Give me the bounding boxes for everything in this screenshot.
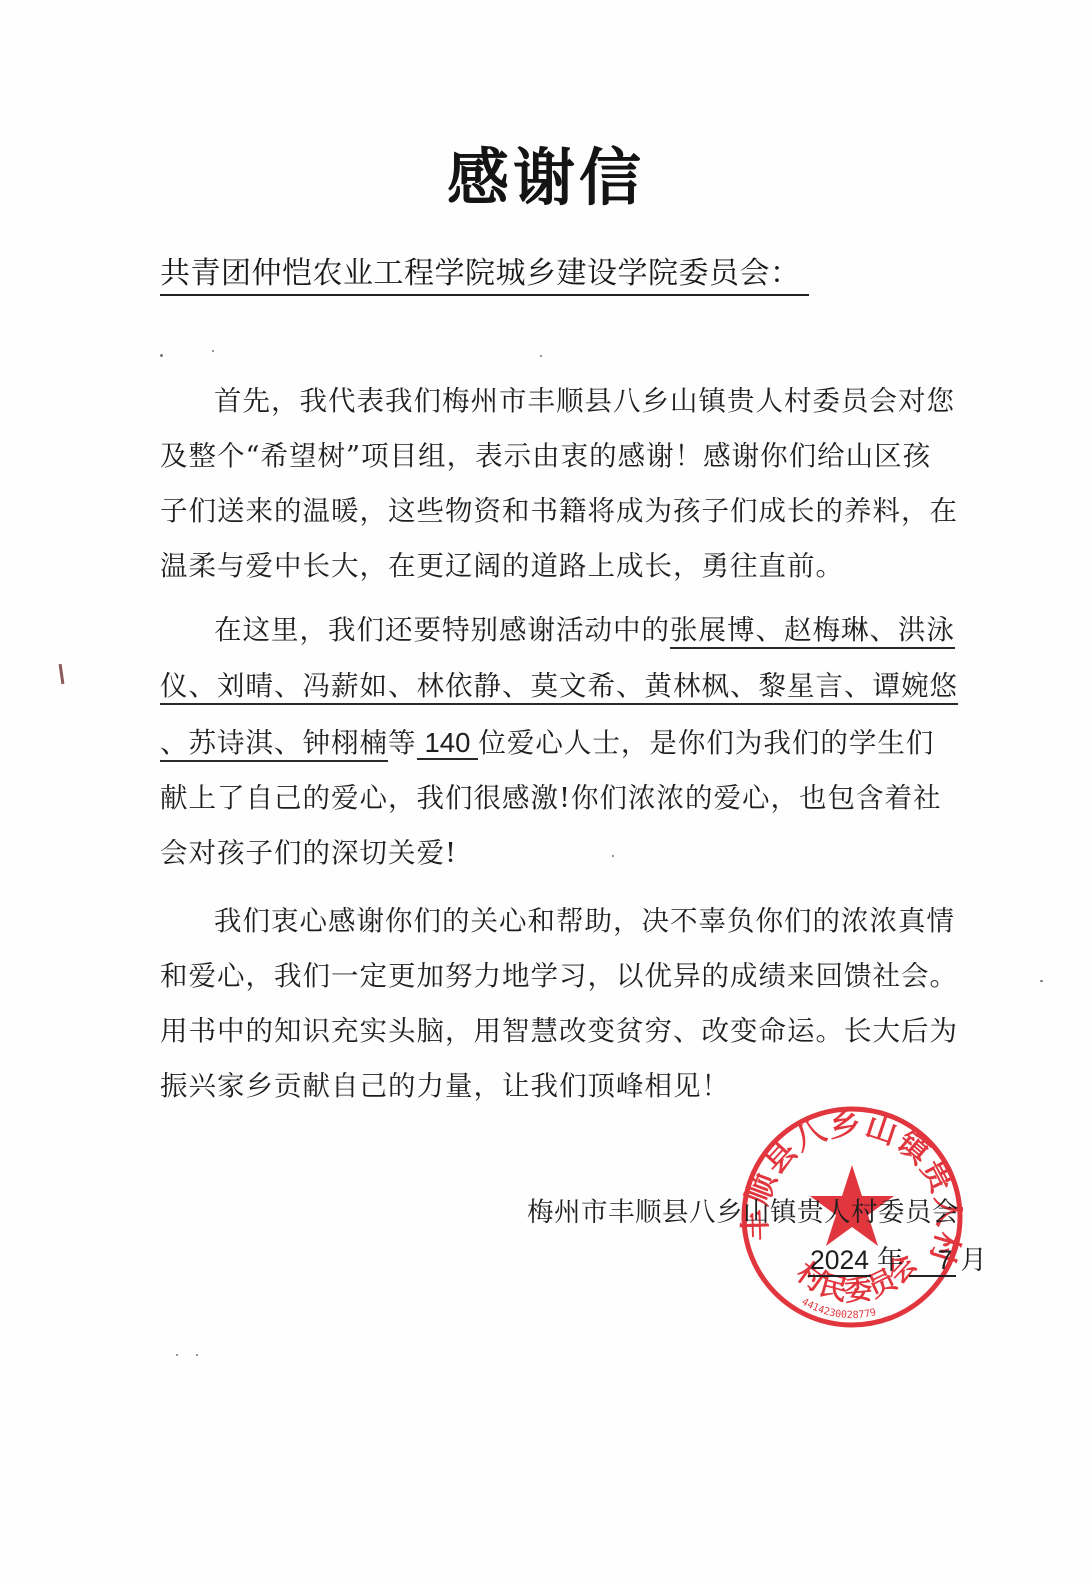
volunteer-names-part-3: 、苏诗淇、钟栩楠 (160, 727, 388, 762)
paragraph-2-line-3: 、苏诗淇、钟栩楠等140位爱心人士，是你们为我们的学生们 (160, 720, 934, 760)
volunteer-names-part-1: 张展博、赵梅琳、洪泳 (670, 614, 955, 649)
date-year: 2024 (808, 1245, 871, 1277)
scan-speck (196, 1354, 198, 1356)
date-year-label: 年 (871, 1245, 910, 1276)
scan-speck (540, 355, 542, 357)
paragraph-2-line-5: 会对孩子们的深切关爱! (160, 830, 457, 870)
paragraph-1-line-4: 温柔与爱中长大，在更辽阔的道路上成长，勇往直前。 (160, 543, 844, 583)
date-month-label: 月 (956, 1245, 987, 1276)
paragraph-3-line-2: 和爱心，我们一定更加努力地学习，以优异的成绩来回馈社会。 (160, 953, 958, 993)
paragraph-2-suffix: 位爱心人士，是你们为我们的学生们 (478, 727, 934, 759)
volunteer-names-part-2: 仪、刘晴、冯薪如、林依静、莫文希、黄林枫、黎星言、谭婉悠 (160, 670, 958, 705)
paragraph-2-line-1: 在这里，我们还要特别感谢活动中的张展博、赵梅琳、洪泳 (214, 607, 955, 647)
scan-speck (160, 354, 163, 357)
volunteer-count: 140 (417, 727, 479, 760)
paragraph-1-line-3: 子们送来的温暖，这些物资和书籍将成为孩子们成长的养料，在 (160, 488, 958, 528)
document-title: 感谢信 (0, 128, 1092, 217)
letter-page: 感谢信 共青团仲恺农业工程学院城乡建设学院委员会： 首先，我代表我们梅州市丰顺县… (0, 0, 1092, 1578)
scan-speck (176, 1354, 178, 1356)
paragraph-2-line-2: 仪、刘晴、冯薪如、林依静、莫文希、黄林枫、黎星言、谭婉悠 (160, 663, 958, 703)
paragraph-3-line-1: 我们衷心感谢你们的关心和帮助，决不辜负你们的浓浓真情 (214, 898, 955, 938)
signature-date: 2024年7月 (808, 1238, 987, 1277)
paragraph-2-line-4: 献上了自己的爱心，我们很感激!你们浓浓的爱心，也包含着社 (160, 775, 942, 815)
scan-mark (59, 664, 65, 684)
paragraph-2-deng: 等 (388, 727, 417, 759)
date-month: 7 (909, 1245, 956, 1277)
scan-speck (1040, 980, 1043, 982)
paragraph-1-line-2: 及整个“希望树”项目组，表示由衷的感谢！感谢你们给山区孩 (160, 433, 931, 473)
paragraph-1-line-1: 首先，我代表我们梅州市丰顺县八乡山镇贵人村委员会对您 (214, 378, 955, 418)
scan-speck (212, 350, 214, 352)
salutation-recipient: 共青团仲恺农业工程学院城乡建设学院委员会： (160, 248, 809, 296)
paragraph-3-line-3: 用书中的知识充实头脑，用智慧改变贫穷、改变命运。长大后为 (160, 1008, 958, 1048)
scan-speck (612, 855, 614, 857)
paragraph-2-prefix: 在这里，我们还要特别感谢活动中的 (214, 614, 670, 646)
signature-organization: 梅州市丰顺县八乡山镇贵人村委员会 (527, 1190, 959, 1229)
paragraph-3-line-4: 振兴家乡贡献自己的力量，让我们顶峰相见！ (160, 1063, 730, 1103)
